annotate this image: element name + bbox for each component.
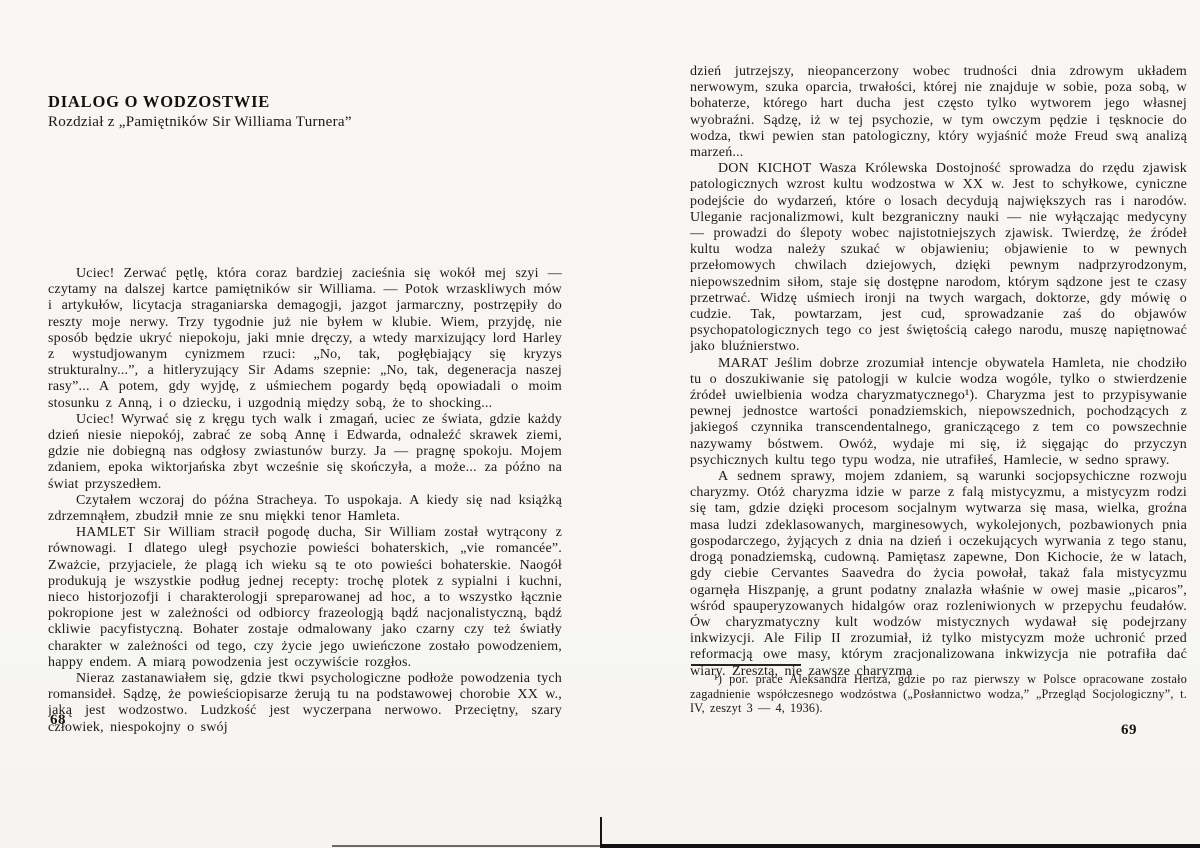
page-right: dzień jutrzejszy, nieopancerzony wobec t…	[690, 0, 1187, 848]
paragraph-czytalem: Czytałem wczoraj do późna Stracheya. To …	[48, 493, 562, 525]
scan-edge-line-right	[600, 844, 1200, 848]
page-left: DIALOG O WODZOSTWIE Rozdział z „Pamiętni…	[48, 0, 562, 848]
paragraph-nieraz: Nieraz zastanawiałem się, gdzie tkwi psy…	[48, 671, 562, 736]
book-spread-scan: DIALOG O WODZOSTWIE Rozdział z „Pamiętni…	[0, 0, 1200, 848]
paragraph-don-kichot: DON KICHOT Wasza Królewska Dostojność sp…	[690, 161, 1187, 355]
page-number-right: 69	[1121, 722, 1137, 739]
paragraph-a-sednem: A sednem sprawy, mojem zdaniem, są warun…	[690, 469, 1187, 680]
page-number-left: 68	[50, 712, 66, 729]
scan-edge-line-left	[332, 845, 602, 847]
paragraph-uciec-zerwac: Uciec! Zerwać pętlę, która coraz bardzie…	[48, 266, 562, 412]
page-right-body: dzień jutrzejszy, nieopancerzony wobec t…	[690, 64, 1187, 680]
paragraph-hamlet: HAMLET Sir William stracił pogodę ducha,…	[48, 525, 562, 671]
chapter-title: DIALOG O WODZOSTWIE	[48, 92, 562, 112]
paragraph-continuation: dzień jutrzejszy, nieopancerzony wobec t…	[690, 64, 1187, 161]
page-left-body: Uciec! Zerwać pętlę, która coraz bardzie…	[48, 266, 562, 736]
chapter-subtitle: Rozdział z „Pamiętników Sir Williama Tur…	[48, 114, 562, 131]
chapter-header: DIALOG O WODZOSTWIE Rozdział z „Pamiętni…	[48, 92, 562, 131]
paragraph-uciec-wyrwac: Uciec! Wyrwać się z kręgu tych walk i zm…	[48, 412, 562, 493]
paragraph-marat: MARAT Jeślim dobrze zrozumiał intencje o…	[690, 356, 1187, 469]
footnote-divider	[691, 664, 801, 666]
footnote: ¹) por. prace Aleksandra Hertza, gdzie p…	[690, 672, 1187, 716]
